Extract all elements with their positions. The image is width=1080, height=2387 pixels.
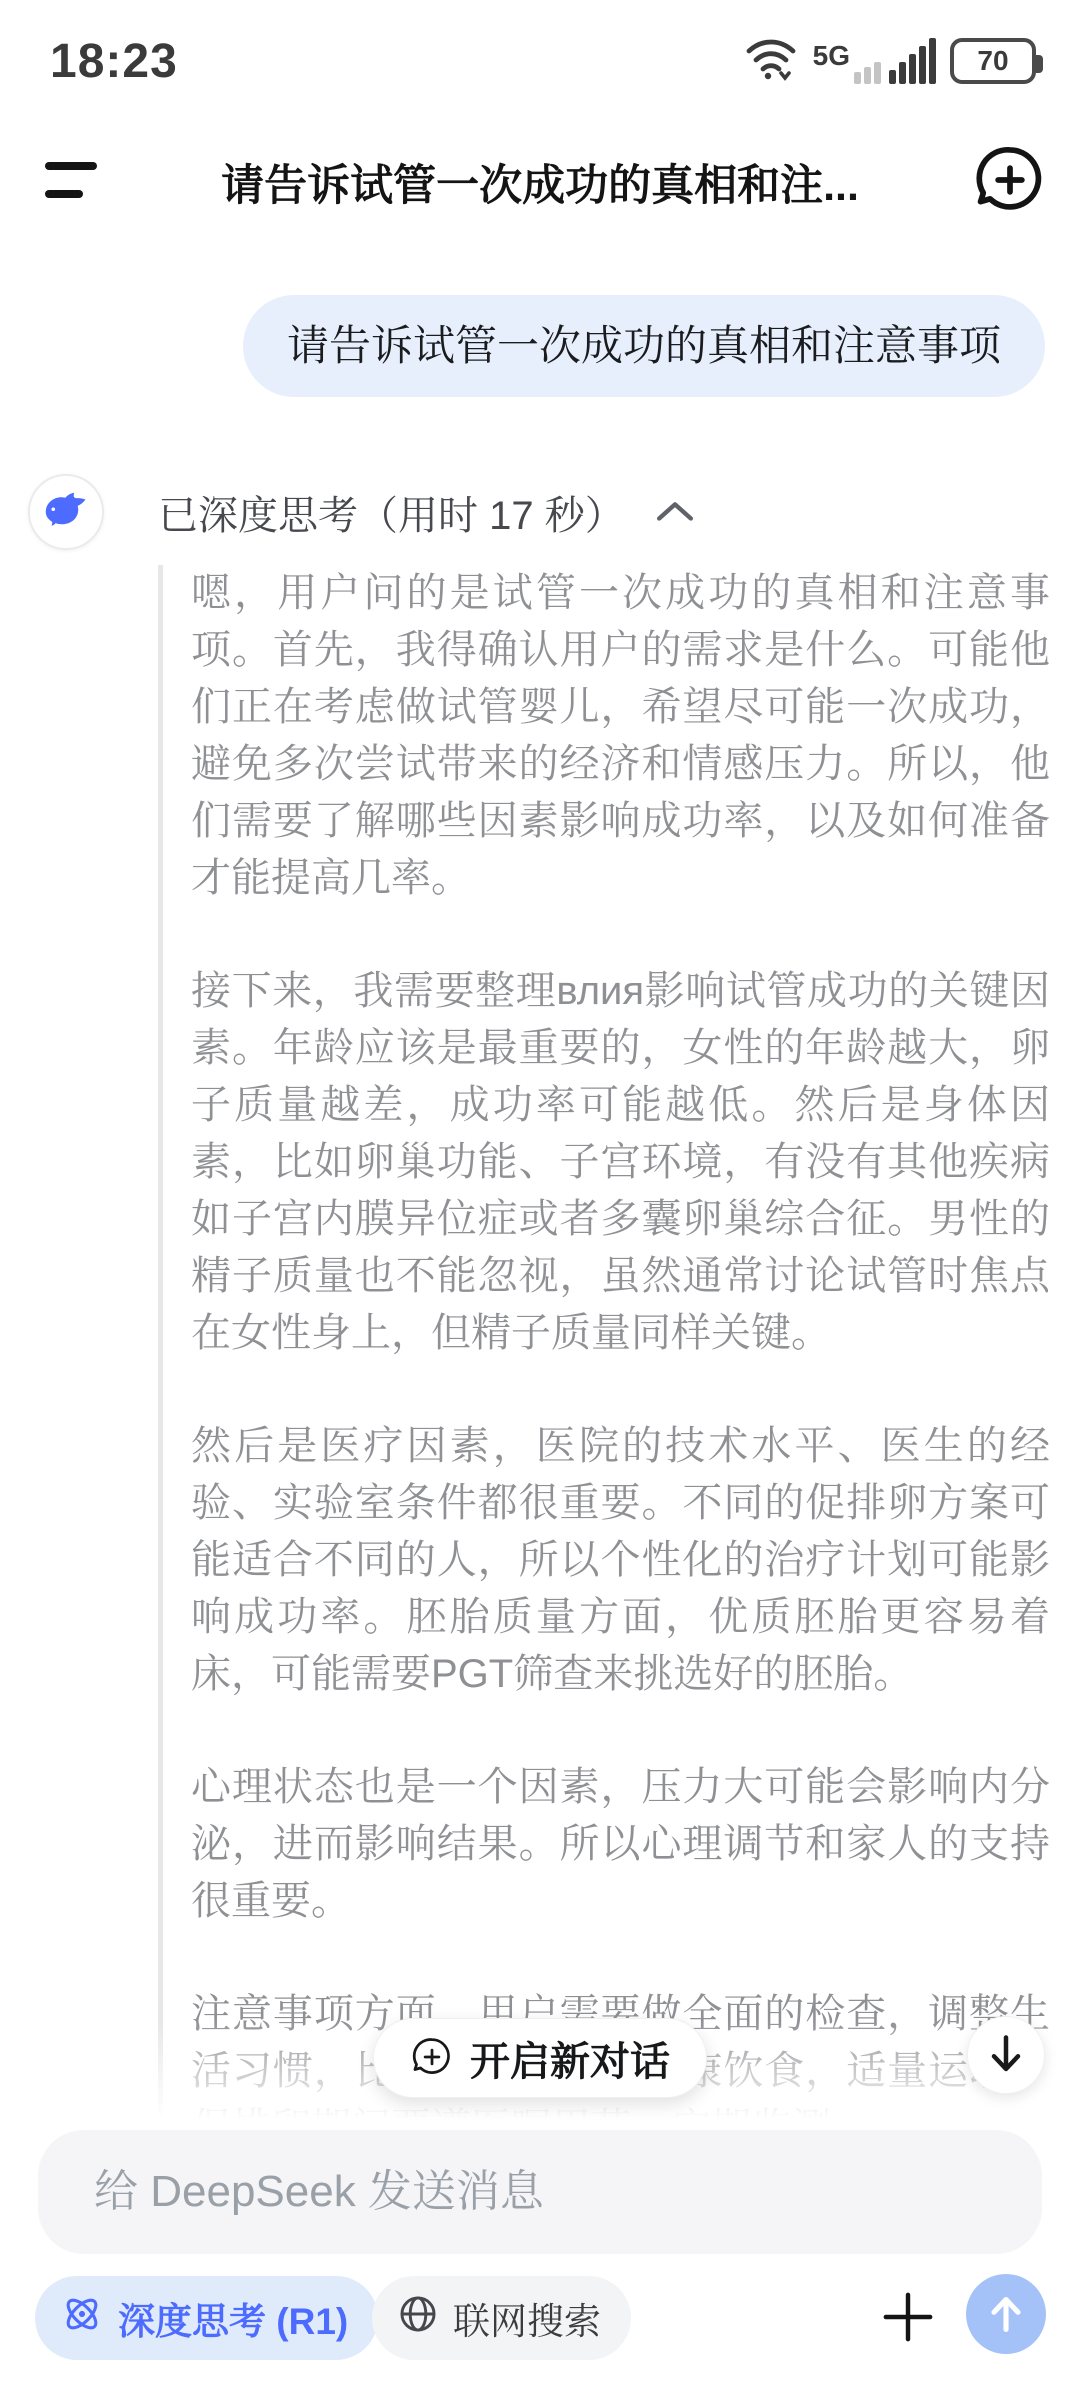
chat-area: 请告诉试管一次成功的真相和注意事项 已深度思考（用时 17 秒） [0,252,1080,2130]
web-search-label: 联网搜索 [453,2291,601,2345]
thinking-paragraph: 心理状态也是一个因素，压力大可能会影响内分泌，进而影响结果。所以心理调节和家人的… [191,1759,1050,1930]
menu-icon[interactable] [45,156,105,204]
deep-think-label: 深度思考 (R1) [118,2291,348,2345]
plus-icon [880,2289,936,2348]
start-new-chat-button[interactable]: 开启新对话 [373,2018,707,2098]
arrow-down-icon [988,2033,1024,2078]
web-search-toggle[interactable]: 联网搜索 [372,2276,631,2360]
assistant-avatar [28,474,104,550]
deepseek-chat-screen: 18:23 5G [0,0,1080,2387]
send-button[interactable] [966,2274,1046,2354]
thinking-paragraph: 嗯，用户问的是试管一次成功的真相和注意事项。首先，我得确认用户的需求是什么。可能… [191,565,1050,907]
new-chat-label: 开启新对话 [470,2030,670,2087]
chat-bubble-plus-icon [972,142,1048,223]
chevron-up-icon [655,499,695,526]
assistant-message-header: 已深度思考（用时 17 秒） [28,474,695,550]
wifi-icon [743,35,799,88]
atom-icon [59,2291,105,2346]
composer-toolbar: 深度思考 (R1) 联网搜索 [0,2276,1080,2360]
chat-bubble-plus-icon [410,2035,454,2082]
thinking-toggle-button[interactable]: 已深度思考（用时 17 秒） [158,484,695,541]
deepseek-whale-logo [42,491,90,534]
composer: 深度思考 (R1) 联网搜索 [0,2130,1080,2387]
thinking-paragraph: 接下来，我需要整理влия影响试管成功的关键因素。年龄应该是最重要的，女性的年龄… [191,963,1050,1362]
battery-level: 70 [977,47,1008,75]
globe-icon [396,2292,440,2345]
status-time: 18:23 [50,34,178,89]
network-type-label: 5G [813,42,850,70]
attach-button[interactable] [878,2288,938,2348]
message-input-box[interactable] [38,2130,1042,2254]
thinking-content: 嗯，用户问的是试管一次成功的真相和注意事项。首先，我得确认用户的需求是什么。可能… [158,565,1050,2125]
arrow-up-icon [987,2292,1025,2337]
page-title: 请告诉试管一次成功的真相和注... [170,112,910,252]
signal-bars-icon: 5G [813,38,936,84]
battery-icon: 70 [950,38,1036,84]
app-header: 请告诉试管一次成功的真相和注... [0,112,1080,252]
status-bar: 18:23 5G [0,0,1080,112]
thinking-duration-label: 已深度思考（用时 17 秒） [158,484,625,541]
message-input[interactable] [92,2166,988,2218]
user-message-bubble[interactable]: 请告诉试管一次成功的真相和注意事项 [243,295,1045,397]
scroll-to-bottom-button[interactable] [967,2016,1045,2094]
new-chat-button[interactable] [968,140,1052,224]
deep-think-toggle[interactable]: 深度思考 (R1) [35,2276,378,2360]
status-icons: 5G 70 [743,35,1036,88]
thinking-paragraph: 然后是医疗因素，医院的技术水平、医生的经验、实验室条件都很重要。不同的促排卵方案… [191,1418,1050,1703]
